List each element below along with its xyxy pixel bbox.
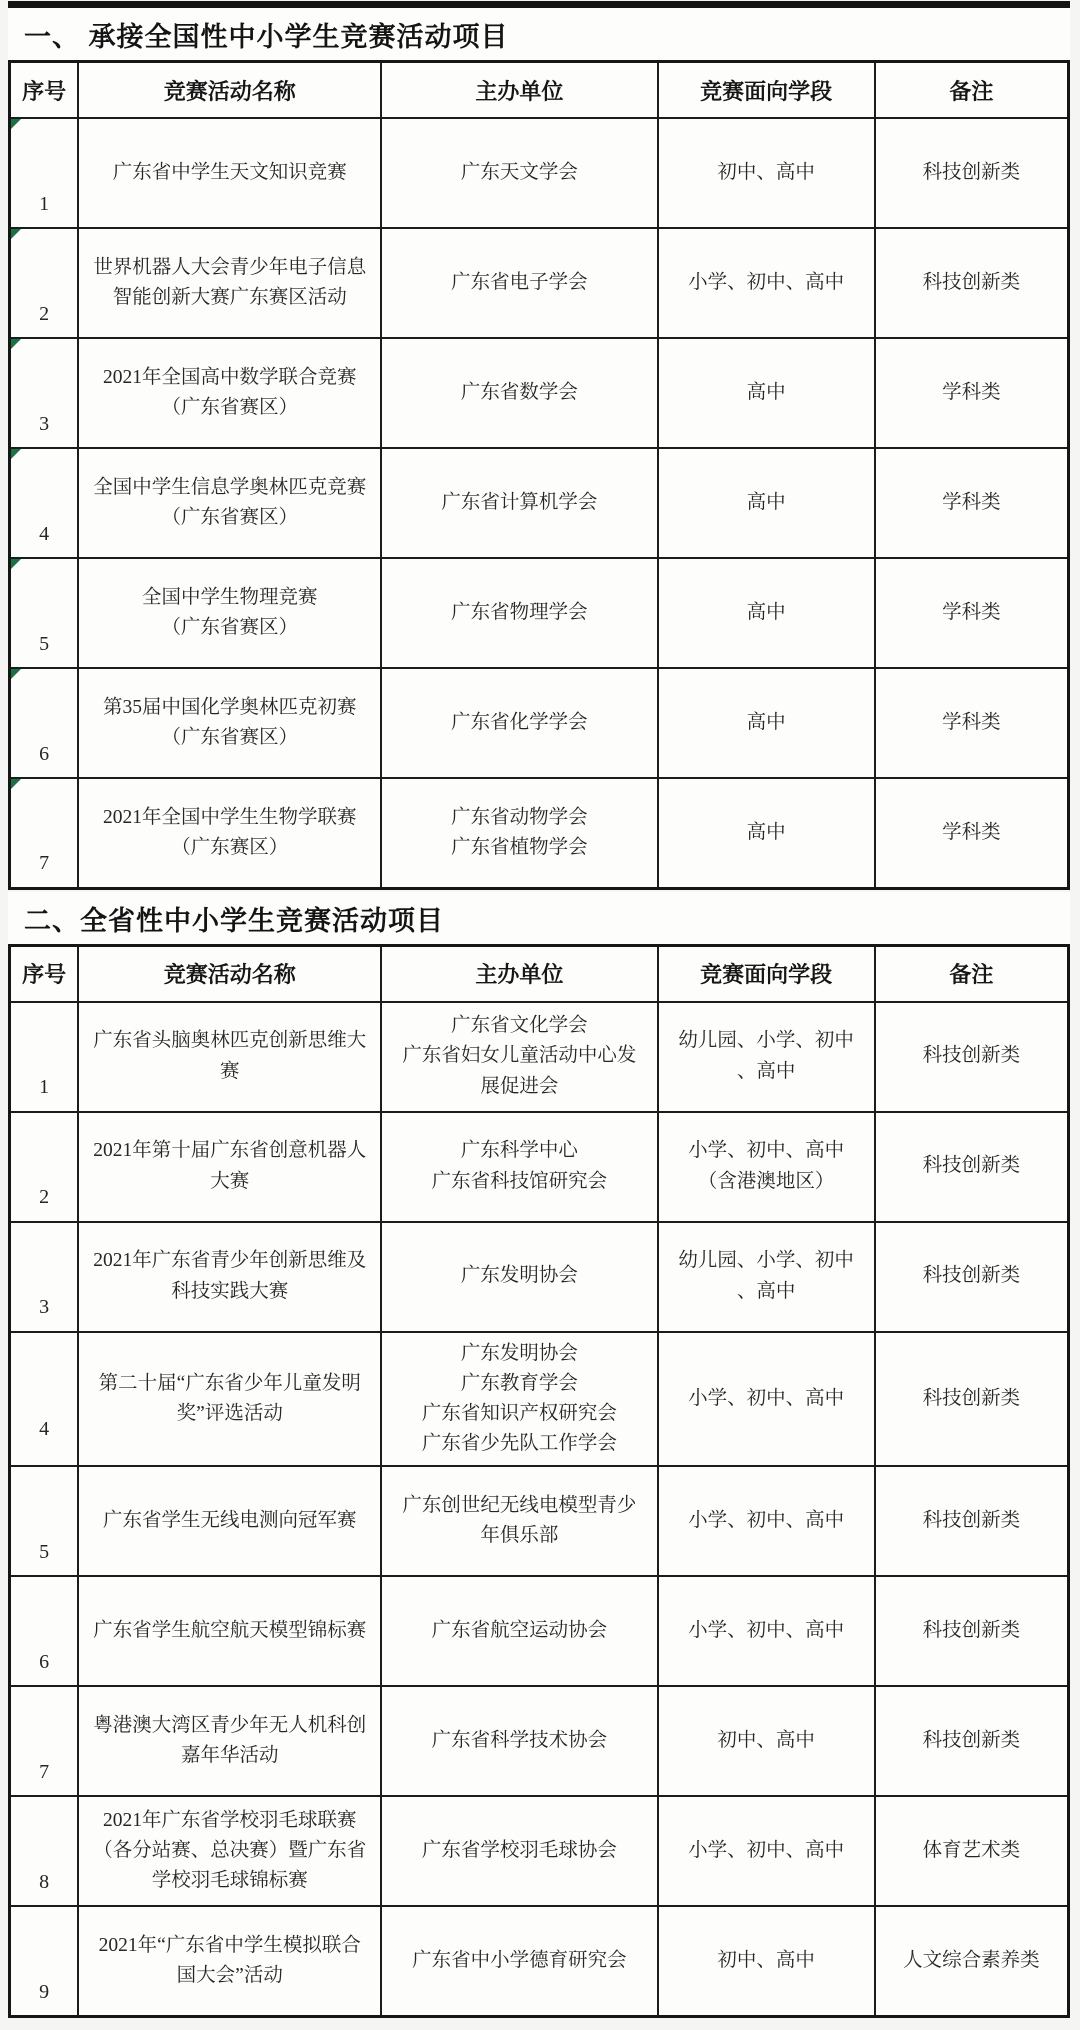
cell-sequence-number: 7	[10, 778, 79, 888]
cell-remark: 学科类	[875, 778, 1069, 888]
cell-organizer: 广东省物理学会	[381, 558, 657, 668]
cell-organizer: 广东发明协会 广东教育学会 广东省知识产权研究会 广东省少先队工作学会	[381, 1332, 657, 1467]
table-row: 1 广东省头脑奥林匹克创新思维大赛 广东省文化学会 广东省妇女儿童活动中心发展促…	[10, 1002, 1069, 1112]
cell-competition-name: 2021年第十届广东省创意机器人大赛	[78, 1112, 381, 1222]
cell-organizer: 广东科学中心 广东省科技馆研究会	[381, 1112, 657, 1222]
cell-sequence-number: 4	[10, 1332, 79, 1467]
cell-competition-name: 2021年广东省青少年创新思维及科技实践大赛	[78, 1222, 381, 1332]
table-row: 8 2021年广东省学校羽毛球联赛（各分站赛、总决赛）暨广东省学校羽毛球锦标赛 …	[10, 1796, 1069, 1906]
cell-organizer: 广东省航空运动协会	[381, 1576, 657, 1686]
cell-sequence-number: 3	[10, 1222, 79, 1332]
header-cell-name: 竞赛活动名称	[78, 945, 381, 1002]
cell-organizer: 广东省化学学会	[381, 668, 657, 778]
cell-sequence-number: 4	[10, 448, 79, 558]
cell-organizer: 广东省数学会	[381, 338, 657, 448]
cell-remark: 科技创新类	[875, 228, 1069, 338]
header-cell-stage: 竞赛面向学段	[658, 945, 875, 1002]
cell-remark: 科技创新类	[875, 1112, 1069, 1222]
cell-school-stage: 小学、初中、高中 （含港澳地区）	[658, 1112, 875, 1222]
sequence-number: 4	[39, 523, 49, 545]
cell-sequence-number: 8	[10, 1796, 79, 1906]
cell-remark: 体育艺术类	[875, 1796, 1069, 1906]
sequence-number: 2	[39, 1186, 49, 1208]
cell-competition-name: 广东省头脑奥林匹克创新思维大赛	[78, 1002, 381, 1112]
header-cell-no: 序号	[10, 62, 79, 119]
cell-sequence-number: 6	[10, 1576, 79, 1686]
cell-remark: 科技创新类	[875, 1222, 1069, 1332]
cell-competition-name: 2021年广东省学校羽毛球联赛（各分站赛、总决赛）暨广东省学校羽毛球锦标赛	[78, 1796, 381, 1906]
cell-school-stage: 幼儿园、小学、初中 、高中	[658, 1002, 875, 1112]
cell-sequence-number: 9	[10, 1906, 79, 2016]
cell-competition-name: 全国中学生信息学奥林匹克竞赛（广东省赛区）	[78, 448, 381, 558]
table-row: 4 全国中学生信息学奥林匹克竞赛（广东省赛区） 广东省计算机学会 高中 学科类	[10, 448, 1069, 558]
cell-sequence-number: 1	[10, 118, 79, 228]
cell-remark: 科技创新类	[875, 1466, 1069, 1576]
cell-organizer: 广东省动物学会 广东省植物学会	[381, 778, 657, 888]
cell-competition-name: 第35届中国化学奥林匹克初赛 （广东省赛区）	[78, 668, 381, 778]
cell-sequence-number: 7	[10, 1686, 79, 1796]
cell-organizer: 广东省科学技术协会	[381, 1686, 657, 1796]
cell-school-stage: 小学、初中、高中	[658, 1576, 875, 1686]
table-row: 3 2021年广东省青少年创新思维及科技实践大赛 广东发明协会 幼儿园、小学、初…	[10, 1222, 1069, 1332]
cell-sequence-number: 1	[10, 1002, 79, 1112]
sequence-number: 1	[39, 193, 49, 215]
cell-organizer: 广东省计算机学会	[381, 448, 657, 558]
table-row: 5 全国中学生物理竞赛 （广东省赛区） 广东省物理学会 高中 学科类	[10, 558, 1069, 668]
table-row: 4 第二十届“广东省少年儿童发明奖”评选活动 广东发明协会 广东教育学会 广东省…	[10, 1332, 1069, 1467]
cell-school-stage: 初中、高中	[658, 1686, 875, 1796]
cell-sequence-number: 3	[10, 338, 79, 448]
cell-school-stage: 幼儿园、小学、初中 、高中	[658, 1222, 875, 1332]
table-row: 6 第35届中国化学奥林匹克初赛 （广东省赛区） 广东省化学学会 高中 学科类	[10, 668, 1069, 778]
cell-school-stage: 小学、初中、高中	[658, 1466, 875, 1576]
cell-school-stage: 小学、初中、高中	[658, 1332, 875, 1467]
header-cell-note: 备注	[875, 62, 1069, 119]
section-1-title: 一、 承接全国性中小学生竞赛活动项目	[8, 8, 1070, 60]
table-row: 1 广东省中学生天文知识竞赛 广东天文学会 初中、高中 科技创新类	[10, 118, 1069, 228]
table-row: 2 世界机器人大会青少年电子信息智能创新大赛广东赛区活动 广东省电子学会 小学、…	[10, 228, 1069, 338]
cell-organizer: 广东省学校羽毛球协会	[381, 1796, 657, 1906]
cell-competition-name: 粤港澳大湾区青少年无人机科创嘉年华活动	[78, 1686, 381, 1796]
excel-marker-icon	[11, 119, 21, 129]
table-national-competitions: 序号 竞赛活动名称 主办单位 竞赛面向学段 备注 1 广东省中学生天文知识竞赛 …	[8, 60, 1070, 890]
cell-organizer: 广东天文学会	[381, 118, 657, 228]
cell-remark: 人文综合素养类	[875, 1906, 1069, 2016]
cell-sequence-number: 6	[10, 668, 79, 778]
table-row: 2 2021年第十届广东省创意机器人大赛 广东科学中心 广东省科技馆研究会 小学…	[10, 1112, 1069, 1222]
excel-marker-icon	[11, 669, 21, 679]
cell-competition-name: 世界机器人大会青少年电子信息智能创新大赛广东赛区活动	[78, 228, 381, 338]
top-divider-rule	[8, 1, 1070, 8]
cell-remark: 学科类	[875, 448, 1069, 558]
cell-school-stage: 高中	[658, 338, 875, 448]
cell-competition-name: 2021年全国中学生生物学联赛 （广东赛区）	[78, 778, 381, 888]
sequence-number: 7	[39, 1761, 49, 1783]
table-row: 3 2021年全国高中数学联合竞赛（广东省赛区） 广东省数学会 高中 学科类	[10, 338, 1069, 448]
sequence-number: 6	[39, 1651, 49, 1673]
excel-marker-icon	[11, 339, 21, 349]
cell-remark: 学科类	[875, 668, 1069, 778]
cell-organizer: 广东省文化学会 广东省妇女儿童活动中心发展促进会	[381, 1002, 657, 1112]
cell-remark: 科技创新类	[875, 1332, 1069, 1467]
cell-sequence-number: 2	[10, 1112, 79, 1222]
excel-marker-icon	[11, 449, 21, 459]
cell-school-stage: 高中	[658, 778, 875, 888]
table-row: 5 广东省学生无线电测向冠军赛 广东创世纪无线电模型青少年俱乐部 小学、初中、高…	[10, 1466, 1069, 1576]
sequence-number: 5	[39, 1541, 49, 1563]
header-cell-stage: 竞赛面向学段	[658, 62, 875, 119]
cell-remark: 学科类	[875, 338, 1069, 448]
sequence-number: 9	[39, 1981, 49, 2003]
sequence-number: 5	[39, 633, 49, 655]
header-cell-name: 竞赛活动名称	[78, 62, 381, 119]
table-header-row: 序号 竞赛活动名称 主办单位 竞赛面向学段 备注	[10, 62, 1069, 119]
cell-competition-name: 全国中学生物理竞赛 （广东省赛区）	[78, 558, 381, 668]
sequence-number: 4	[39, 1418, 49, 1440]
cell-remark: 科技创新类	[875, 1002, 1069, 1112]
cell-remark: 科技创新类	[875, 118, 1069, 228]
cell-sequence-number: 5	[10, 1466, 79, 1576]
sequence-number: 1	[39, 1076, 49, 1098]
table-row: 7 2021年全国中学生生物学联赛 （广东赛区） 广东省动物学会 广东省植物学会…	[10, 778, 1069, 888]
excel-marker-icon	[11, 559, 21, 569]
cell-school-stage: 初中、高中	[658, 1906, 875, 2016]
table-provincial-competitions: 序号 竞赛活动名称 主办单位 竞赛面向学段 备注 1 广东省头脑奥林匹克创新思维…	[8, 944, 1070, 2018]
header-cell-note: 备注	[875, 945, 1069, 1002]
cell-organizer: 广东发明协会	[381, 1222, 657, 1332]
excel-marker-icon	[11, 779, 21, 789]
cell-school-stage: 初中、高中	[658, 118, 875, 228]
table-row: 9 2021年“广东省中学生模拟联合国大会”活动 广东省中小学德育研究会 初中、…	[10, 1906, 1069, 2016]
cell-organizer: 广东省电子学会	[381, 228, 657, 338]
cell-competition-name: 广东省学生航空航天模型锦标赛	[78, 1576, 381, 1686]
cell-competition-name: 第二十届“广东省少年儿童发明奖”评选活动	[78, 1332, 381, 1467]
excel-marker-icon	[11, 229, 21, 239]
sequence-number: 8	[39, 1871, 49, 1893]
sequence-number: 7	[39, 852, 49, 874]
table-row: 7 粤港澳大湾区青少年无人机科创嘉年华活动 广东省科学技术协会 初中、高中 科技…	[10, 1686, 1069, 1796]
cell-organizer: 广东创世纪无线电模型青少年俱乐部	[381, 1466, 657, 1576]
table-header-row: 序号 竞赛活动名称 主办单位 竞赛面向学段 备注	[10, 945, 1069, 1002]
cell-organizer: 广东省中小学德育研究会	[381, 1906, 657, 2016]
cell-remark: 学科类	[875, 558, 1069, 668]
cell-school-stage: 高中	[658, 668, 875, 778]
cell-remark: 科技创新类	[875, 1576, 1069, 1686]
sequence-number: 3	[39, 1296, 49, 1318]
cell-competition-name: 2021年“广东省中学生模拟联合国大会”活动	[78, 1906, 381, 2016]
table-row: 6 广东省学生航空航天模型锦标赛 广东省航空运动协会 小学、初中、高中 科技创新…	[10, 1576, 1069, 1686]
cell-school-stage: 小学、初中、高中	[658, 1796, 875, 1906]
cell-remark: 科技创新类	[875, 1686, 1069, 1796]
header-cell-no: 序号	[10, 945, 79, 1002]
cell-competition-name: 2021年全国高中数学联合竞赛（广东省赛区）	[78, 338, 381, 448]
cell-school-stage: 小学、初中、高中	[658, 228, 875, 338]
sequence-number: 2	[39, 303, 49, 325]
header-cell-org: 主办单位	[381, 945, 657, 1002]
cell-competition-name: 广东省中学生天文知识竞赛	[78, 118, 381, 228]
cell-sequence-number: 5	[10, 558, 79, 668]
cell-school-stage: 高中	[658, 558, 875, 668]
cell-sequence-number: 2	[10, 228, 79, 338]
header-cell-org: 主办单位	[381, 62, 657, 119]
sequence-number: 6	[39, 743, 49, 765]
cell-competition-name: 广东省学生无线电测向冠军赛	[78, 1466, 381, 1576]
document-page: 一、 承接全国性中小学生竞赛活动项目 序号 竞赛活动名称 主办单位 竞赛面向学段…	[8, 0, 1070, 2018]
sequence-number: 3	[39, 413, 49, 435]
section-2-title: 二、全省性中小学生竞赛活动项目	[8, 892, 1070, 944]
cell-school-stage: 高中	[658, 448, 875, 558]
